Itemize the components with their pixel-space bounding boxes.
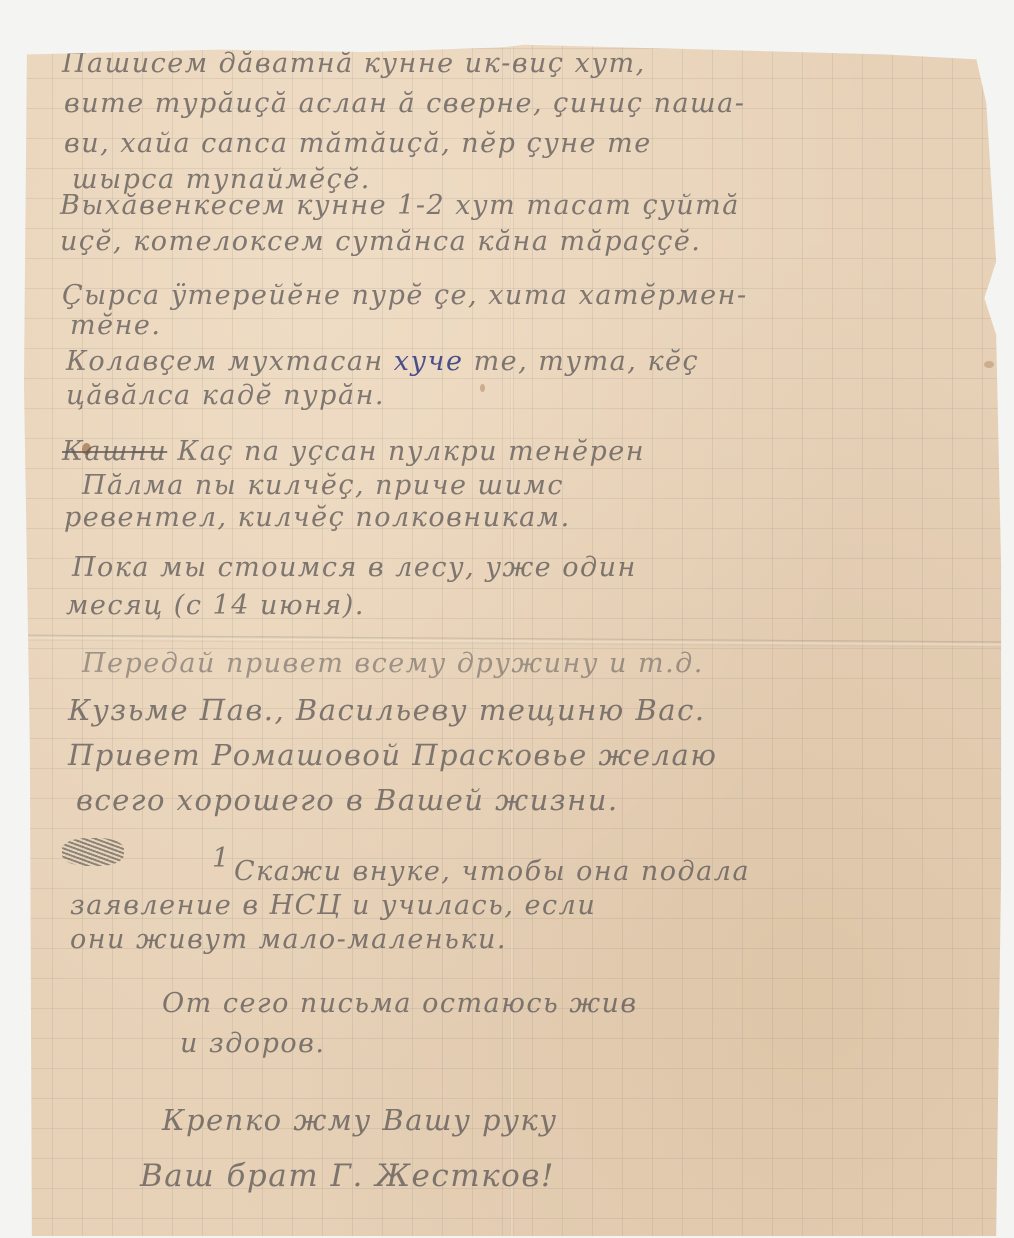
- text-line: Кашни Каç па уçсан пулкри тенĕрен: [62, 436, 645, 467]
- text-line: всего хорошего в Вашей жизни.: [76, 783, 619, 817]
- text-line: и здоров.: [180, 1028, 325, 1059]
- text-line: тĕне.: [70, 310, 161, 341]
- text-line: Çырса ÿтерейĕне пурĕ çе, хита хатĕрмен-: [62, 280, 748, 311]
- text-line: Пашисем дăватнă кунне ик-виç хут,: [62, 48, 646, 79]
- text-line: Привет Ромашовой Прасковье желаю: [68, 738, 717, 772]
- text-fragment: Колавçем мухтасан: [66, 346, 384, 377]
- text-line: ревентел, килчĕç полковникам.: [64, 502, 571, 533]
- text-line: Колавçем мухтасан хуче те, тута, кĕç: [66, 346, 699, 377]
- letter-paper: Пашисем дăватнă кунне ик-виç хут, вите т…: [22, 18, 1006, 1236]
- struck-word: Кашни: [62, 436, 167, 467]
- text-line: Скажи внуке, чтобы она подала: [234, 856, 750, 887]
- text-line: они живут мало-маленьки.: [70, 924, 507, 955]
- text-line: Передай привет всему дружину и т.д.: [82, 648, 704, 679]
- closing-line: Крепко жму Вашу руку: [162, 1103, 558, 1137]
- text-line: От сего письма остаюсь жив: [162, 988, 638, 1019]
- scribbled-out-word: [62, 838, 124, 866]
- text-line: заявление в НСЦ и училась, если: [70, 890, 596, 921]
- blue-ink-word: хуче: [394, 346, 464, 377]
- text-line: вите турăиçă аслан ă сверне, çиниç паша-: [64, 88, 745, 119]
- text-fragment: Каç па уçсан пулкри тенĕрен: [177, 436, 645, 467]
- text-line: Пăлма пы килчĕç, приче шимс: [82, 470, 564, 501]
- stain-mark: [984, 361, 994, 368]
- text-line: Выхăвенкесем кунне 1-2 хут тасат çуйтă: [60, 190, 740, 221]
- text-line: Пока мы стоимся в лесу, уже один: [72, 552, 637, 583]
- text-fragment: те, тута, кĕç: [474, 346, 700, 377]
- stain-mark: [480, 384, 485, 392]
- text-line: иçĕ, котелоксем сутăнса кăна тăраççĕ.: [60, 226, 701, 257]
- text-line: ви, хайа сапса тăтăиçă, пĕр çуне те: [64, 128, 652, 159]
- signature: Ваш брат Г. Жестков!: [140, 1158, 555, 1194]
- text-line: цăвăлса кадĕ пурăн.: [66, 380, 385, 411]
- text-line: месяц (с 14 июня).: [66, 590, 365, 621]
- margin-mark: 1: [212, 843, 231, 874]
- horizontal-fold: [22, 635, 1006, 648]
- text-line: Кузьме Пав., Васильеву тещиню Вас.: [68, 693, 706, 727]
